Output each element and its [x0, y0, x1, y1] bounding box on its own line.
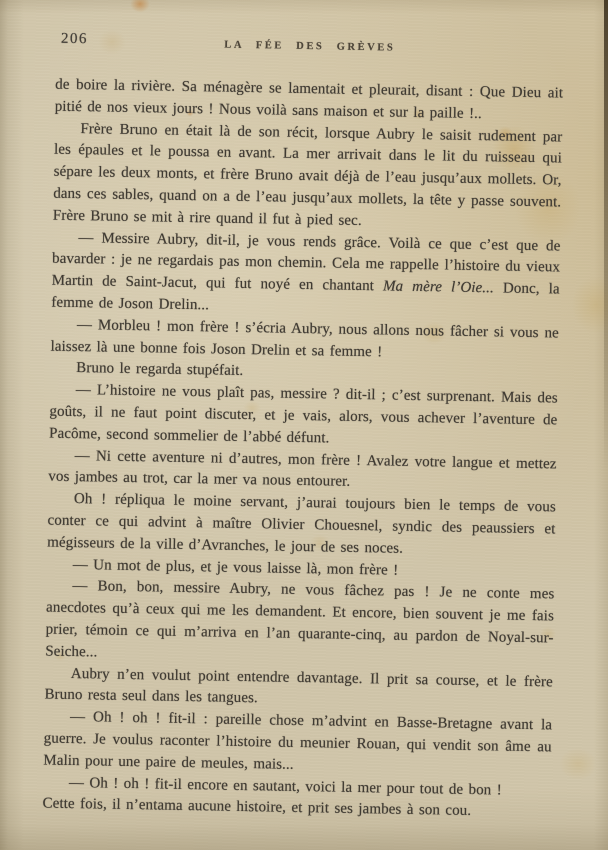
- body-text: Aubry n’en voulut point entendre davanta…: [44, 665, 553, 706]
- body-text: — L’histoire ne vous plaît pas, messire …: [49, 382, 558, 446]
- body-text: Bruno le regarda stupéfait.: [76, 360, 243, 379]
- running-title: LA FÉE DES GRÈVES: [6, 36, 608, 58]
- paragraph: Oh ! répliqua le moine servant, j’aurai …: [47, 489, 556, 563]
- body-text: — Bon, bon, messire Aubry, ne vous fâche…: [45, 578, 554, 660]
- body-text: — Oh ! oh ! fit-il : pareille chose m’ad…: [43, 709, 552, 773]
- body-text: de boire la rivière. Sa ménagère se lame…: [55, 77, 564, 122]
- page-content: 206 LA FÉE DES GRÈVES de boire la rivièr…: [0, 0, 608, 850]
- body-text: Frère Bruno en était là de son récit, lo…: [53, 121, 563, 229]
- paragraph: Frère Bruno en était là de son récit, lo…: [53, 118, 563, 236]
- text-block: de boire la rivière. Sa ménagère se lame…: [42, 75, 563, 825]
- book-page: 206 LA FÉE DES GRÈVES de boire la rivièr…: [0, 0, 608, 850]
- paragraph: — Bon, bon, messire Aubry, ne vous fâche…: [45, 576, 554, 672]
- body-text: Oh ! répliqua le moine servant, j’aurai …: [47, 491, 556, 556]
- italic-text: Ma mère l’Oie...: [383, 279, 494, 297]
- body-text: — Ni cette aventure ni d’autres, mon frè…: [48, 448, 557, 491]
- body-text: — Morbleu ! mon frère ! s’écria Aubry, n…: [50, 317, 559, 360]
- body-text: Cette fois, il n’entama aucune histoire,…: [42, 796, 471, 819]
- paragraph: — Oh ! oh ! fit-il : pareille chose m’ad…: [43, 707, 552, 781]
- paragraph: — L’histoire ne vous plaît pas, messire …: [49, 380, 558, 454]
- body-text: — Un mot de plus, et je vous laisse là, …: [73, 557, 399, 579]
- paragraph: — Messire Aubry, dit-il, je vous rends g…: [51, 227, 560, 323]
